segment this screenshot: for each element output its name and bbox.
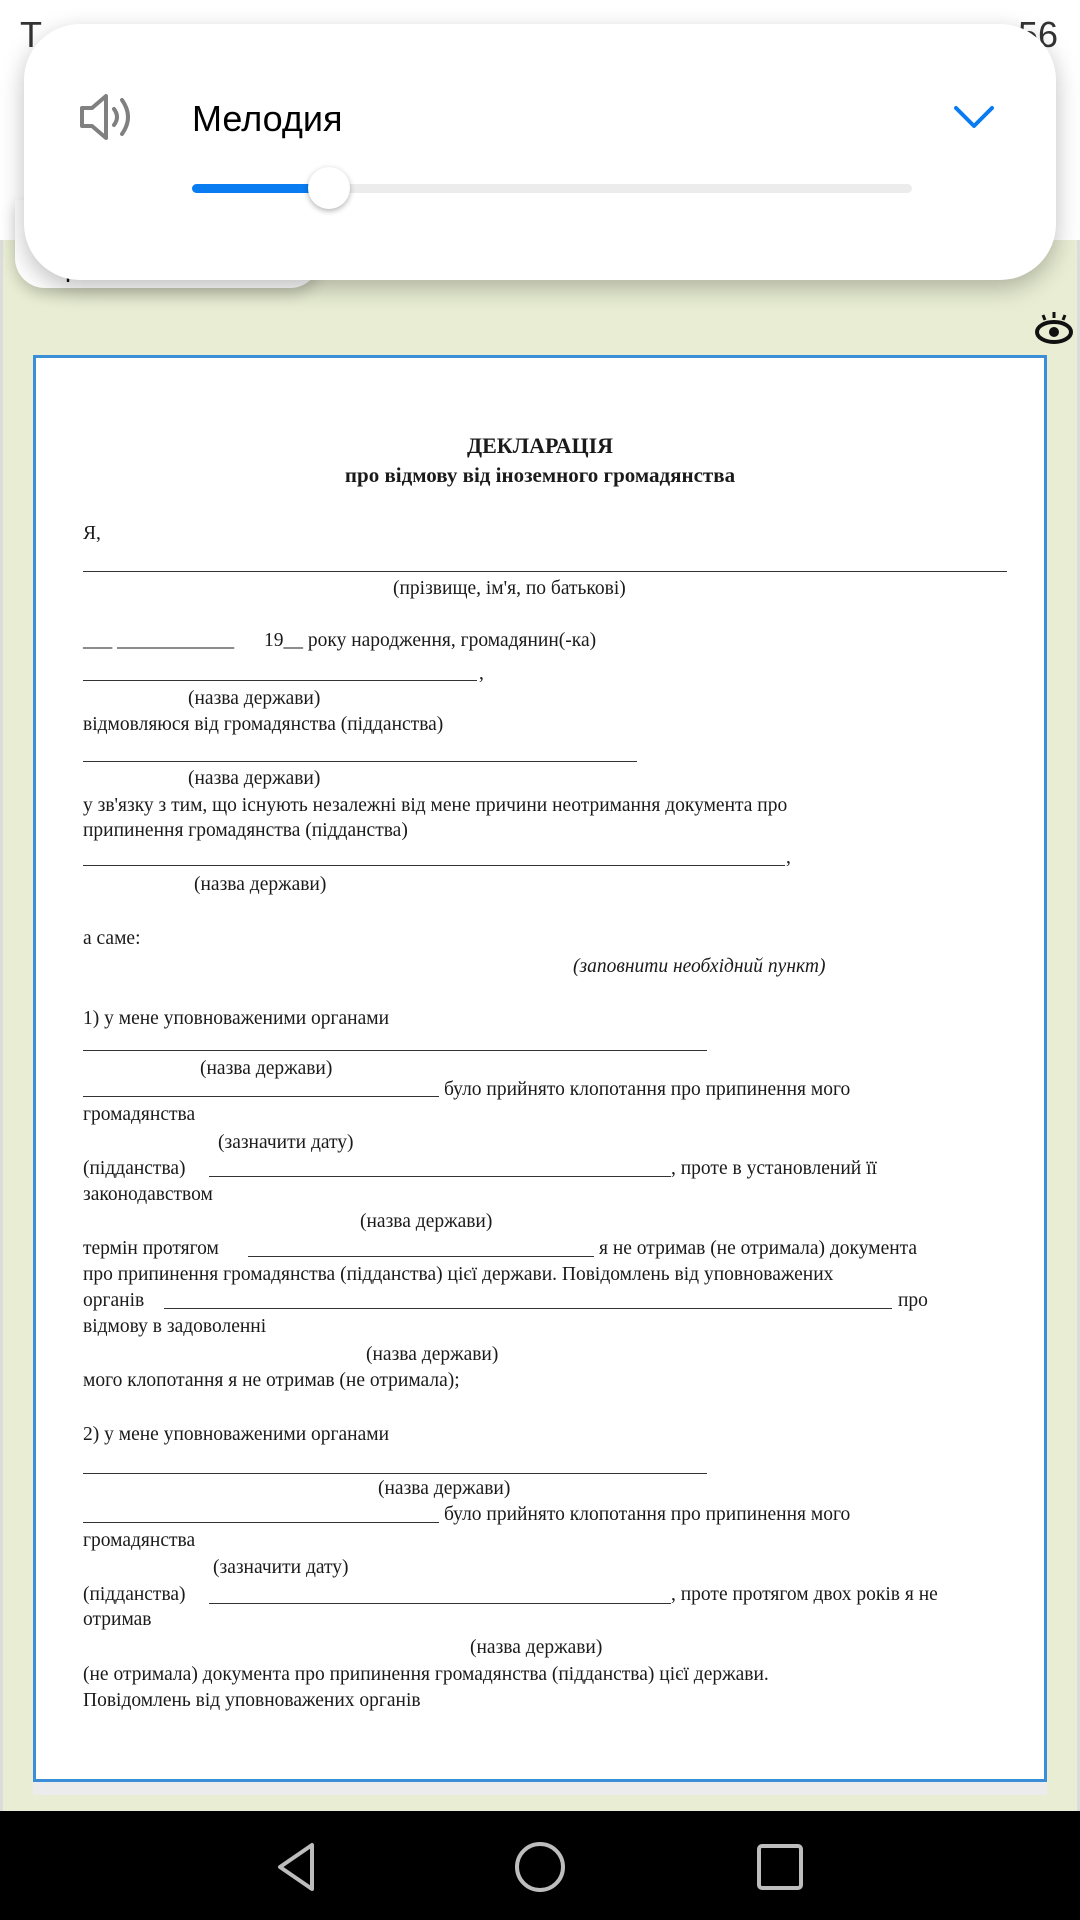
- doc-line: ___ ____________: [83, 630, 234, 652]
- doc-hint: (назва держави): [378, 1478, 510, 1500]
- doc-line: про припинення громадянства (підданства)…: [83, 1264, 833, 1286]
- doc-line: було прийнято клопотання про припинення …: [444, 1079, 850, 1101]
- doc-line: ,: [479, 663, 484, 685]
- doc-line: Я,: [83, 523, 101, 545]
- doc-hint: (заповнити необхідний пункт): [573, 956, 825, 978]
- doc-line: громадянства: [83, 1530, 195, 1552]
- doc-line: відмовляюся від громадянства (підданства…: [83, 714, 443, 736]
- doc-hint: (назва держави): [470, 1637, 602, 1659]
- doc-hint: (назва держави): [188, 688, 320, 710]
- doc-line: отримав: [83, 1609, 152, 1631]
- doc-line: (підданства): [83, 1158, 186, 1180]
- doc-line: про: [898, 1290, 928, 1312]
- doc-line: 1) у мене уповноваженими органами: [83, 1008, 389, 1030]
- doc-line: законодавством: [83, 1184, 213, 1206]
- doc-line: Повідомлень від уповноважених органів: [83, 1690, 421, 1712]
- volume-popup: Мелодия: [24, 24, 1056, 280]
- doc-line: ,: [786, 847, 791, 869]
- doc-hint: (назва держави): [366, 1344, 498, 1366]
- doc-hint: (назва держави): [188, 768, 320, 790]
- doc-line: мого клопотання я не отримав (не отримал…: [83, 1370, 460, 1392]
- doc-hint: (назва держави): [200, 1058, 332, 1080]
- doc-line: 2) у мене уповноваженими органами: [83, 1424, 389, 1446]
- doc-hint: (зазначити дату): [218, 1132, 354, 1154]
- home-circle-icon[interactable]: [512, 1839, 568, 1895]
- doc-line: а саме:: [83, 928, 141, 950]
- doc-title: ДЕКЛАРАЦІЯ: [36, 433, 1044, 459]
- doc-line: органів: [83, 1290, 144, 1312]
- doc-hint: (назва держави): [360, 1211, 492, 1233]
- left-edge: [0, 240, 3, 1811]
- doc-line: 19__ року народження, громадянин(-ка): [264, 630, 596, 652]
- doc-subtitle: про відмову від іноземного громадянства: [36, 463, 1044, 488]
- doc-line: було прийнято клопотання про припинення …: [444, 1504, 850, 1526]
- doc-line: припинення громадянства (підданства): [83, 820, 408, 842]
- doc-hint: (назва держави): [194, 874, 326, 896]
- doc-line: , проте в установлений її: [671, 1158, 877, 1180]
- doc-line: термін протягом: [83, 1238, 219, 1260]
- doc-line: я не отримав (не отримала) документа: [599, 1238, 917, 1260]
- back-triangle-icon[interactable]: [270, 1839, 326, 1895]
- eye-icon[interactable]: [1033, 310, 1075, 344]
- doc-line: громадянства: [83, 1104, 195, 1126]
- document-frame[interactable]: ДЕКЛАРАЦІЯ про відмову від іноземного гр…: [33, 355, 1047, 1782]
- doc-hint: (прізвище, ім'я, по батькові): [393, 578, 626, 600]
- doc-hint: (зазначити дату): [213, 1557, 349, 1579]
- doc-line: у зв'язку з тим, що існують незалежні ві…: [83, 795, 787, 817]
- doc-line: (підданства): [83, 1584, 186, 1606]
- doc-line: , проте протягом двох років я не: [671, 1584, 938, 1606]
- speaker-icon[interactable]: [78, 92, 140, 142]
- volume-slider-thumb[interactable]: [308, 167, 350, 209]
- document-scroll-edge: [33, 1782, 1047, 1795]
- chevron-down-icon[interactable]: [952, 102, 996, 132]
- doc-line: відмову в задоволенні: [83, 1316, 266, 1338]
- volume-stream-title: Мелодия: [192, 98, 342, 140]
- doc-line: (не отримала) документа про припинення г…: [83, 1664, 769, 1686]
- volume-slider[interactable]: [192, 184, 912, 193]
- document-page: ДЕКЛАРАЦІЯ про відмову від іноземного гр…: [36, 358, 1044, 1779]
- navigation-bar: [0, 1811, 1080, 1920]
- recents-square-icon[interactable]: [752, 1839, 808, 1895]
